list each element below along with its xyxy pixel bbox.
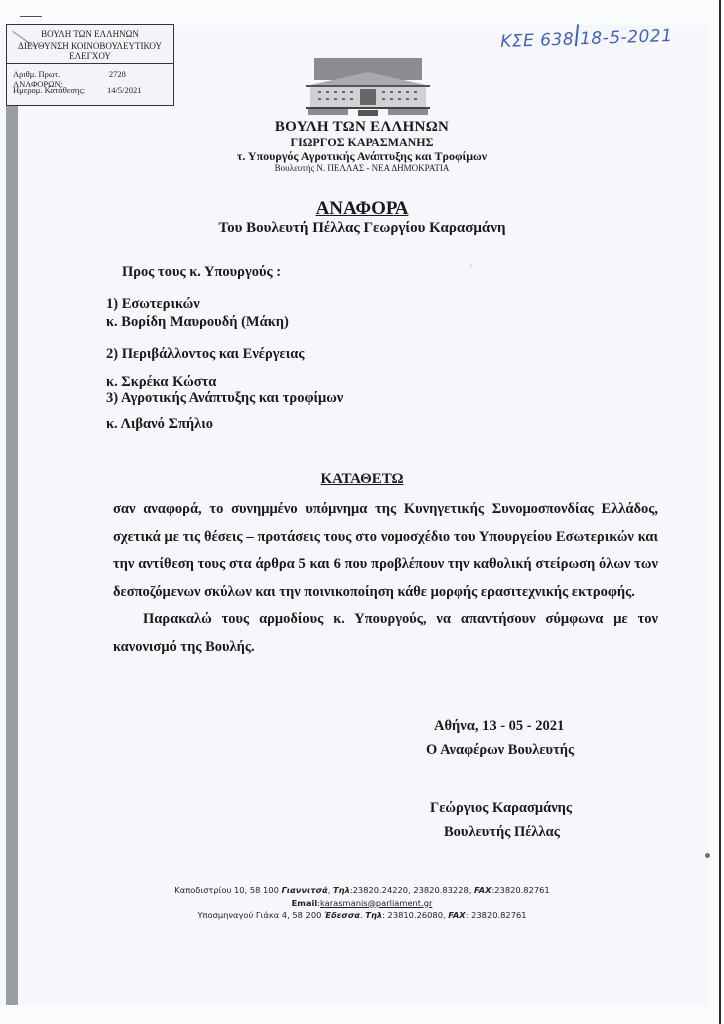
recipient-line: κ. Σκρέκα Κώστα <box>106 374 216 391</box>
header-district: Βουλευτής Ν. ΠΕΛΛΑΣ - ΝΕΑ ΔΗΜΟΚΡΑΤΙΑ <box>0 163 724 173</box>
handwritten-separator <box>575 24 579 46</box>
recipient-line: 1) Εσωτερικών <box>106 296 200 313</box>
body-paragraph-1: σαν αναφορά, το συνημμένο υπόμνημα της Κ… <box>113 496 658 606</box>
signature-place-date: Αθήνα, 13 - 05 - 2021 <box>434 718 564 735</box>
body-paragraph-2: Παρακαλώ τους αρμοδίους κ. Υπουργούς, να… <box>113 606 658 661</box>
stamp-date-row: Ημερομ. Κατάθεσης: 14/5/2021 <box>13 85 169 95</box>
scan-mark: ᵢ <box>470 258 471 268</box>
body-text: σαν αναφορά, το συνημμένο υπόμνημα της Κ… <box>113 496 658 661</box>
footer-address: Υποσμηναγού Γιάκα 4, 58 200 <box>197 910 324 920</box>
scan-speck <box>705 853 710 858</box>
footer-fax: :23820.82761 <box>491 885 549 895</box>
footer-office-edessa: Υποσμηναγού Γιάκα 4, 58 200 Έδεσσα. Τηλ:… <box>0 909 724 922</box>
header-parliament: ΒΟΥΛΗ ΤΩΝ ΕΛΛΗΝΩΝ <box>0 119 724 136</box>
stamp-org-line2: ΔΙΕΥΘΥΝΣΗ ΚΟΙΝΟΒΟΥΛΕΥΤΙΚΟΥ ΕΛΕΓΧΟΥ <box>7 41 173 64</box>
date-value: 14/5/2021 <box>107 85 169 95</box>
recipient-line: 2) Περιβάλλοντος και Ενέργειας <box>106 346 304 363</box>
deposit-heading: ΚΑΤΑΘΕΤΩ <box>0 471 724 488</box>
signature-role: Ο Αναφέρων Βουλευτής <box>426 742 574 759</box>
document-title: ΑΝΑΦΟΡΑ <box>0 198 724 220</box>
signature-name: Γεώργιος Καρασμάνης <box>430 800 572 817</box>
footer-address: Καποδιστρίου 10, 58 100 <box>174 885 281 895</box>
recipient-line: κ. Λιβανό Σπήλιο <box>106 416 213 433</box>
footer-fax-label: FAX <box>448 910 465 920</box>
footer-fax-label: FAX <box>474 885 491 895</box>
scan-mark <box>20 16 42 17</box>
handwritten-ref: ΚΣΕ 638 <box>500 29 575 52</box>
footer-office-giannitsa: Καποδιστρίου 10, 58 100 Γιαννιτσά, Τηλ:2… <box>0 884 724 897</box>
date-label: Ημερομ. Κατάθεσης: <box>13 85 85 95</box>
footer-city: Γιαννιτσά <box>282 885 328 895</box>
registration-stamp: ΒΟΥΛΗ ΤΩΝ ΕΛΛΗΝΩΝ ΔΙΕΥΘΥΝΣΗ ΚΟΙΝΟΒΟΥΛΕΥΤ… <box>6 24 174 106</box>
signature-title: Βουλευτής Πέλλας <box>444 824 560 841</box>
document-subtitle: Του Βουλευτή Πέλλας Γεωργίου Καρασμάνη <box>0 220 724 237</box>
footer-tel: :23820.24220, 23820.83228, <box>350 885 474 895</box>
header-mp-name: ΓΙΩΡΓΟΣ ΚΑΡΑΣΜΑΝΗΣ <box>0 135 724 150</box>
recipients-intro: Προς τους κ. Υπουργούς : <box>122 264 281 281</box>
footer-fax: : 23820.82761 <box>466 910 527 920</box>
footer-tel-label: Τηλ <box>333 885 350 895</box>
parliament-building-icon <box>306 58 430 118</box>
footer-city: Έδεσσα <box>324 910 360 920</box>
header-mp-role: τ. Υπουργός Αγροτικής Ανάπτυξης και Τροφ… <box>0 149 724 164</box>
handwritten-date: 18-5-2021 <box>580 26 673 49</box>
footer-tel-label: Τηλ <box>365 910 382 920</box>
footer-email-link[interactable]: karasmanis@parliament.gr <box>320 898 432 908</box>
footer-email-label: Email <box>292 898 318 908</box>
recipient-line: κ. Βορίδη Μαυρουδή (Μάκη) <box>106 314 289 331</box>
footer-contact: Καποδιστρίου 10, 58 100 Γιαννιτσά, Τηλ:2… <box>0 884 724 922</box>
stamp-org-line1: ΒΟΥΛΗ ΤΩΝ ΕΛΛΗΝΩΝ <box>7 29 173 39</box>
footer-email-line: Email:karasmanis@parliament.gr <box>0 897 724 910</box>
footer-tel: : 23810.26080, <box>382 910 448 920</box>
recipient-line: 3) Αγροτικής Ανάπτυξης και τροφίμων <box>106 390 343 407</box>
